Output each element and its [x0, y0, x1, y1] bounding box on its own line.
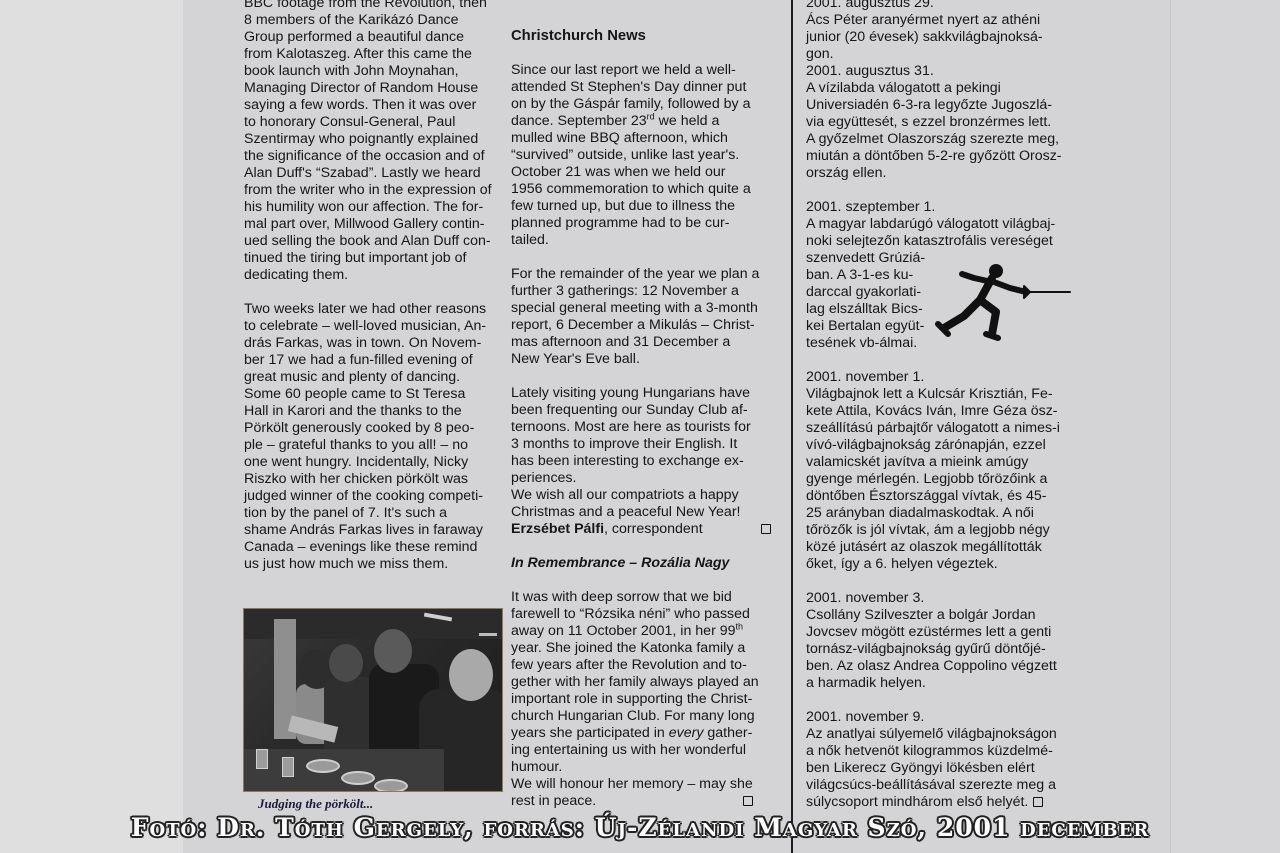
text-line: szeállítású párbajtőr válogatott a nimes…: [806, 420, 1076, 437]
text-line: We wish all our compatriots a happy: [511, 487, 773, 504]
photo-caption: Judging the pörkölt...: [258, 796, 373, 812]
text-line: tion by the panel of 7. It's such a: [244, 505, 506, 522]
text-line: Canada – evenings like these remind: [244, 539, 506, 556]
text-line: via együttesét, s ezzel bronzérmes lett.: [806, 114, 1076, 131]
text-line: ternoons. Most are here as tourists for: [511, 419, 773, 436]
text-line: Lately visiting young Hungarians have: [511, 385, 773, 402]
text-line: valamicskét javítva a mieink amúgy: [806, 454, 1076, 471]
remembrance-paragraph: It was with deep sorrow that we bidfarew…: [511, 589, 773, 810]
text-line: gon.: [806, 46, 1076, 63]
text-line: humour.: [511, 759, 773, 776]
text-line: ple – grateful thanks to you all! – no: [244, 437, 506, 454]
text-line: Riszko with her chicken pörkölt was: [244, 471, 506, 488]
text-line: from the writer who in the expression of: [244, 182, 506, 199]
entry-date: 2001. november 3.: [806, 590, 1076, 607]
text-line: Csollány Szilveszter a bolgár Jordan: [806, 607, 1076, 624]
text-line: súlycsoport mindhárom első helyét.: [806, 794, 1076, 811]
text-line: mal part over, Millwood Gallery contin-: [244, 216, 506, 233]
text-line: “survived” outside, unlike last year's.: [511, 147, 773, 164]
text-line: tailed.: [511, 232, 773, 249]
text-line: gyenge mérlegén. Legjobb tőrözőink a: [806, 471, 1076, 488]
text-line: Two weeks later we had other reasons: [244, 301, 506, 318]
section-heading-christchurch-news: Christchurch News: [511, 28, 773, 45]
background-left-margin: [0, 0, 183, 853]
background-right-page: [1170, 0, 1280, 853]
text-line: mas afternoon and 31 December a: [511, 334, 773, 351]
text-line: Since our last report we held a well-: [511, 62, 773, 79]
entry-date: 2001. november 9.: [806, 709, 1076, 726]
text-line: to honorary Consul-General, Paul: [244, 114, 506, 131]
text-line: A győzelmet Olaszország szerezte meg,: [806, 131, 1076, 148]
text-line: őket, így a 6. helyen végeztek.: [806, 556, 1076, 573]
text-line: Some 60 people came to St Teresa: [244, 386, 506, 403]
text-line: planned programme had to be cur-: [511, 215, 773, 232]
text-line: few turned up, but due to illness the: [511, 198, 773, 215]
text-line: gether with her family always played an: [511, 674, 773, 691]
signature: Erzsébet Pálfi, correspondent: [511, 521, 773, 538]
text-line: világcsúcs-beállításával szerezte meg a: [806, 777, 1076, 794]
end-of-article-icon: [761, 524, 771, 534]
text-line: ban. A 3-1-es ku-: [806, 267, 948, 284]
entry-date: 2001. november 1.: [806, 369, 1076, 386]
text-line: közé jutásért az olaszok megállították: [806, 539, 1076, 556]
text-line: ber 17 we had a fun-filled evening of: [244, 352, 506, 369]
text-line: ben. Az olasz Andrea Coppolino végzett: [806, 658, 1076, 675]
text-line: kei Bertalan együt-: [806, 318, 948, 335]
text-line: lag elszálltak Bics-: [806, 301, 948, 318]
text-line: a nők hetvenöt kilogrammos küzdelmé-: [806, 743, 1076, 760]
text-line: to celebrate – well-loved musician, An-: [244, 318, 506, 335]
article-continuation-paragraph: BBC footage from the Revolution, then8 m…: [244, 0, 506, 284]
text-line: us just how much we miss them.: [244, 556, 506, 573]
text-line: on by the Gáspár family, followed by a: [511, 96, 773, 113]
text-line: book launch with John Moynahan,: [244, 63, 506, 80]
news-entry: 2001. augusztus 31.A vízilabda válogatot…: [806, 63, 1076, 182]
text-line: Jovcsev mögött ezüstérmes lett a genti: [806, 624, 1076, 641]
text-line: been frequenting our Sunday Club af-: [511, 402, 773, 419]
text-line: BBC footage from the Revolution, then: [244, 0, 506, 12]
entry-date: 2001. szeptember 1.: [806, 199, 1076, 216]
text-line: New Year's Eve ball.: [511, 351, 773, 368]
text-line: report, 6 December a Mikulás – Christ-: [511, 317, 773, 334]
text-line: Alan Duff's “Szabad”. Lastly we heard: [244, 165, 506, 182]
text-line: judged winner of the cooking competi-: [244, 488, 506, 505]
text-line: kete Attila, Kovács Iván, Imre Géza ösz-: [806, 403, 1076, 420]
news-entry: 2001. november 1.Világbajnok lett a Kulc…: [806, 369, 1076, 573]
text-line: farewell to “Rózsika néni” who passed: [511, 606, 773, 623]
christchurch-paragraph-3: Lately visiting young Hungarians havebee…: [511, 385, 773, 521]
column-3-sports-news: 2001. augusztus 29.Ács Péter aranyérmet …: [806, 0, 1076, 811]
text-line: miután a döntőben 5-2-re győzött Orosz-: [806, 148, 1076, 165]
entry-date: 2001. augusztus 29.: [806, 0, 1076, 12]
text-line: A vízilabda válogatott a pekingi: [806, 80, 1076, 97]
text-line: junior (20 évesek) sakkvilágbajnoksá-: [806, 29, 1076, 46]
end-of-article-icon: [743, 796, 753, 806]
text-line: Ács Péter aranyérmet nyert az athéni: [806, 12, 1076, 29]
text-line: Világbajnok lett a Kulcsár Krisztián, Fe…: [806, 386, 1076, 403]
text-line: year. She joined the Katonka family a: [511, 640, 773, 657]
section-heading-remembrance: In Remembrance – Rozália Nagy: [511, 555, 773, 572]
text-line: saying a few words. Then it was over: [244, 97, 506, 114]
text-line: tornász-világbajnokság gyűrű döntőjé-: [806, 641, 1076, 658]
text-line: attended St Stephen's Day dinner put: [511, 79, 773, 96]
text-line: a harmadik helyen.: [806, 675, 1076, 692]
text-line: tinued the tiring but important job of: [244, 250, 506, 267]
entry-date: 2001. augusztus 31.: [806, 63, 1076, 80]
text-line: few years after the Revolution and to-: [511, 657, 773, 674]
christchurch-paragraph-2: For the remainder of the year we plan af…: [511, 266, 773, 368]
text-line: Hall in Karori and the thanks to the: [244, 403, 506, 420]
text-line: important role in supporting the Christ-: [511, 691, 773, 708]
text-line: 3 months to improve their English. It: [511, 436, 773, 453]
text-line: Christmas and a peaceful New Year!: [511, 504, 773, 521]
text-line: szenvedett Grúziá-: [806, 250, 948, 267]
text-line: one went hungry. Incidentally, Nicky: [244, 454, 506, 471]
text-line: ben Likerecz Gyöngyi lökésben elért: [806, 760, 1076, 777]
photo-judging-porkolt: [243, 608, 503, 792]
column-2: Christchurch News Since our last report …: [511, 28, 773, 810]
text-line: ing entertaining us with her wonderful: [511, 742, 773, 759]
fencer-icon: [934, 262, 1074, 344]
text-line: special general meeting with a 3-month: [511, 300, 773, 317]
text-line: church Hungarian Club. For many long: [511, 708, 773, 725]
text-line: from Kalotaszeg. After this came the: [244, 46, 506, 63]
text-line: great music and plenty of dancing.: [244, 369, 506, 386]
text-line: 25 arányban diadalmaskodtak. A női: [806, 505, 1076, 522]
text-line: noki selejtezőn katasztrofális vereséget: [806, 233, 1076, 250]
column-1: BBC footage from the Revolution, then8 m…: [244, 0, 506, 573]
text-line: Group performed a beautiful dance: [244, 29, 506, 46]
news-entry: 2001. november 9.Az anatlyai súlyemelő v…: [806, 709, 1076, 811]
text-line: döntőben Észtországgal vívtak, és 45-: [806, 488, 1076, 505]
text-line: periences.: [511, 470, 773, 487]
text-line: Universiadén 6-3-ra legyőzte Jugoszlá-: [806, 97, 1076, 114]
text-line: 1956 commemoration to which quite a: [511, 181, 773, 198]
text-line: We will honour her memory – may she: [511, 776, 773, 793]
text-line: Az anatlyai súlyemelő világbajnokságon: [806, 726, 1076, 743]
column-divider: [791, 0, 793, 853]
text-line: ország ellen.: [806, 165, 1076, 182]
text-line: his humility won our affection. The for-: [244, 199, 506, 216]
text-line: shame András Farkas lives in faraway: [244, 522, 506, 539]
photo-credit-footer: Fotó: Dr. Tóth Gergely, forrás: Új-Zélan…: [0, 813, 1280, 842]
text-line: Szentirmay who poignantly explained: [244, 131, 506, 148]
christchurch-paragraph-1: Since our last report we held a well-att…: [511, 62, 773, 249]
news-entry: 2001. november 3.Csollány Szilveszter a …: [806, 590, 1076, 692]
end-of-article-icon: [1033, 797, 1043, 807]
text-line: mulled wine BBQ afternoon, which: [511, 130, 773, 147]
text-line: It was with deep sorrow that we bid: [511, 589, 773, 606]
text-line: tőrözők is jól vívtak, ám a legjobb négy: [806, 522, 1076, 539]
signature-name: Erzsébet Pálfi: [511, 521, 604, 537]
text-line: further 3 gatherings: 12 November a: [511, 283, 773, 300]
news-entry: 2001. augusztus 29.Ács Péter aranyérmet …: [806, 0, 1076, 63]
text-line: 8 members of the Karikázó Dance: [244, 12, 506, 29]
text-line: dedicating them.: [244, 267, 506, 284]
text-line: For the remainder of the year we plan a: [511, 266, 773, 283]
text-line: drás Farkas, was in town. On Novem-: [244, 335, 506, 352]
text-line: A magyar labdarúgó válogatott világbaj-: [806, 216, 1076, 233]
text-line: the significance of the occasion and of: [244, 148, 506, 165]
text-line: has been interesting to exchange ex-: [511, 453, 773, 470]
text-line: darccal gyakorlati-: [806, 284, 948, 301]
text-line: October 21 was when we held our: [511, 164, 773, 181]
article-paragraph-farkas: Two weeks later we had other reasonsto c…: [244, 301, 506, 573]
text-line: ued selling the book and Alan Duff con-: [244, 233, 506, 250]
text-line: Pörkölt generously cooked by 8 peo-: [244, 420, 506, 437]
text-line: vívó-világbajnokság zárónapján, ezzel: [806, 437, 1076, 454]
text-line: Managing Director of Random House: [244, 80, 506, 97]
text-line: tesének vb-álmai.: [806, 335, 948, 352]
